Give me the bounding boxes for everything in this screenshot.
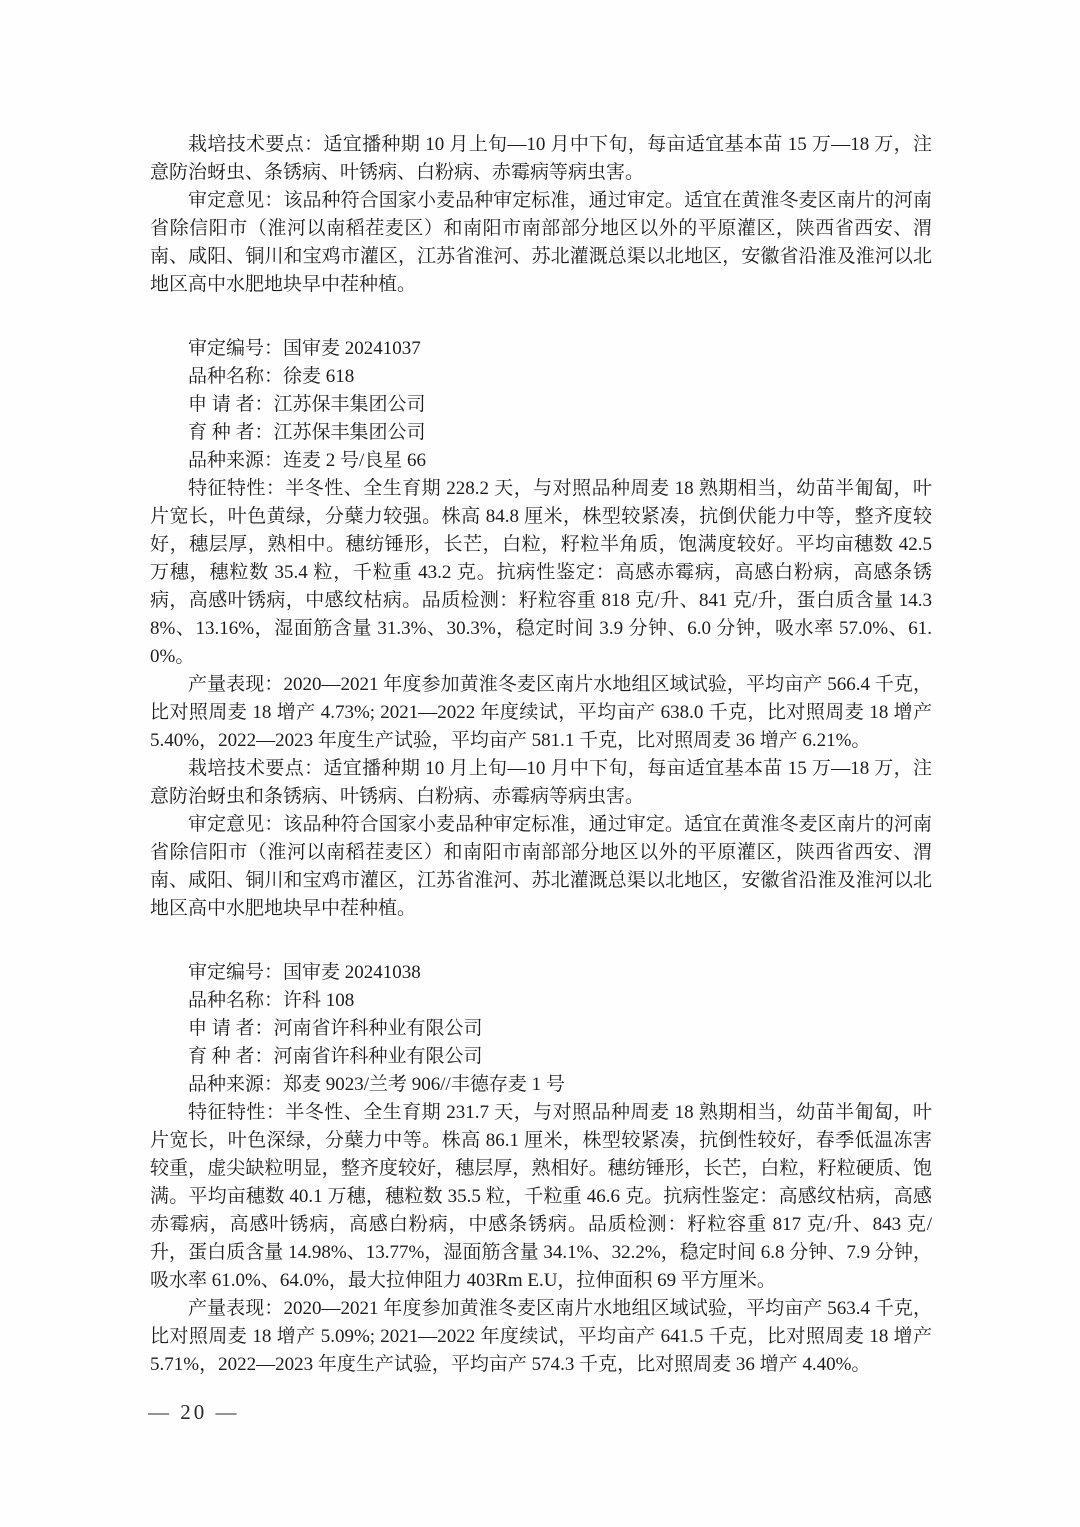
paragraph-approval-opinion: 审定意见：该品种符合国家小麦品种审定标准，通过审定。适宜在黄淮冬麦区南片的河南省… — [150, 187, 932, 299]
variety-entry-xuke108: 审定编号：国审麦 20241038 品种名称：许科 108 申 请 者：河南省许… — [150, 959, 932, 1379]
field-applicant: 申 请 者：河南省许科种业有限公司 — [150, 1015, 932, 1043]
page-number-text: — 20 — — [148, 1400, 240, 1424]
field-variety-name: 品种名称：徐麦 618 — [150, 363, 932, 391]
paragraph-yield-performance: 产量表现：2020—2021 年度参加黄淮冬麦区南片水地组区域试验，平均亩产 5… — [150, 1295, 932, 1379]
paragraph-yield-performance: 产量表现：2020—2021 年度参加黄淮冬麦区南片水地组区域试验，平均亩产 5… — [150, 671, 932, 755]
document-body: 栽培技术要点：适宜播种期 10 月上旬—10 月中下旬，每亩适宜基本苗 15 万… — [150, 131, 932, 1379]
field-breeder: 育 种 者：河南省许科种业有限公司 — [150, 1043, 932, 1071]
paragraph-characteristics: 特征特性：半冬性、全生育期 231.7 天，与对照品种周麦 18 熟期相当，幼苗… — [150, 1099, 932, 1295]
paragraph-cultivation-points: 栽培技术要点：适宜播种期 10 月上旬—10 月中下旬，每亩适宜基本苗 15 万… — [150, 755, 932, 811]
paragraph-cultivation-points: 栽培技术要点：适宜播种期 10 月上旬—10 月中下旬，每亩适宜基本苗 15 万… — [150, 131, 932, 187]
paragraph-approval-opinion: 审定意见：该品种符合国家小麦品种审定标准，通过审定。适宜在黄淮冬麦区南片的河南省… — [150, 811, 932, 923]
field-variety-source: 品种来源：连麦 2 号/良星 66 — [150, 447, 932, 475]
field-approval-number: 审定编号：国审麦 20241038 — [150, 959, 932, 987]
field-variety-source: 品种来源：郑麦 9023/兰考 906//丰德存麦 1 号 — [150, 1071, 932, 1099]
variety-entry-xumai618: 审定编号：国审麦 20241037 品种名称：徐麦 618 申 请 者：江苏保丰… — [150, 335, 932, 923]
field-variety-name: 品种名称：许科 108 — [150, 987, 932, 1015]
field-breeder: 育 种 者：江苏保丰集团公司 — [150, 419, 932, 447]
document-page: 栽培技术要点：适宜播种期 10 月上旬—10 月中下旬，每亩适宜基本苗 15 万… — [0, 0, 1080, 1527]
paragraph-characteristics: 特征特性：半冬性、全生育期 228.2 天，与对照品种周麦 18 熟期相当，幼苗… — [150, 475, 932, 671]
field-applicant: 申 请 者：江苏保丰集团公司 — [150, 391, 932, 419]
field-approval-number: 审定编号：国审麦 20241037 — [150, 335, 932, 363]
page-number: — 20 — — [148, 1400, 240, 1425]
